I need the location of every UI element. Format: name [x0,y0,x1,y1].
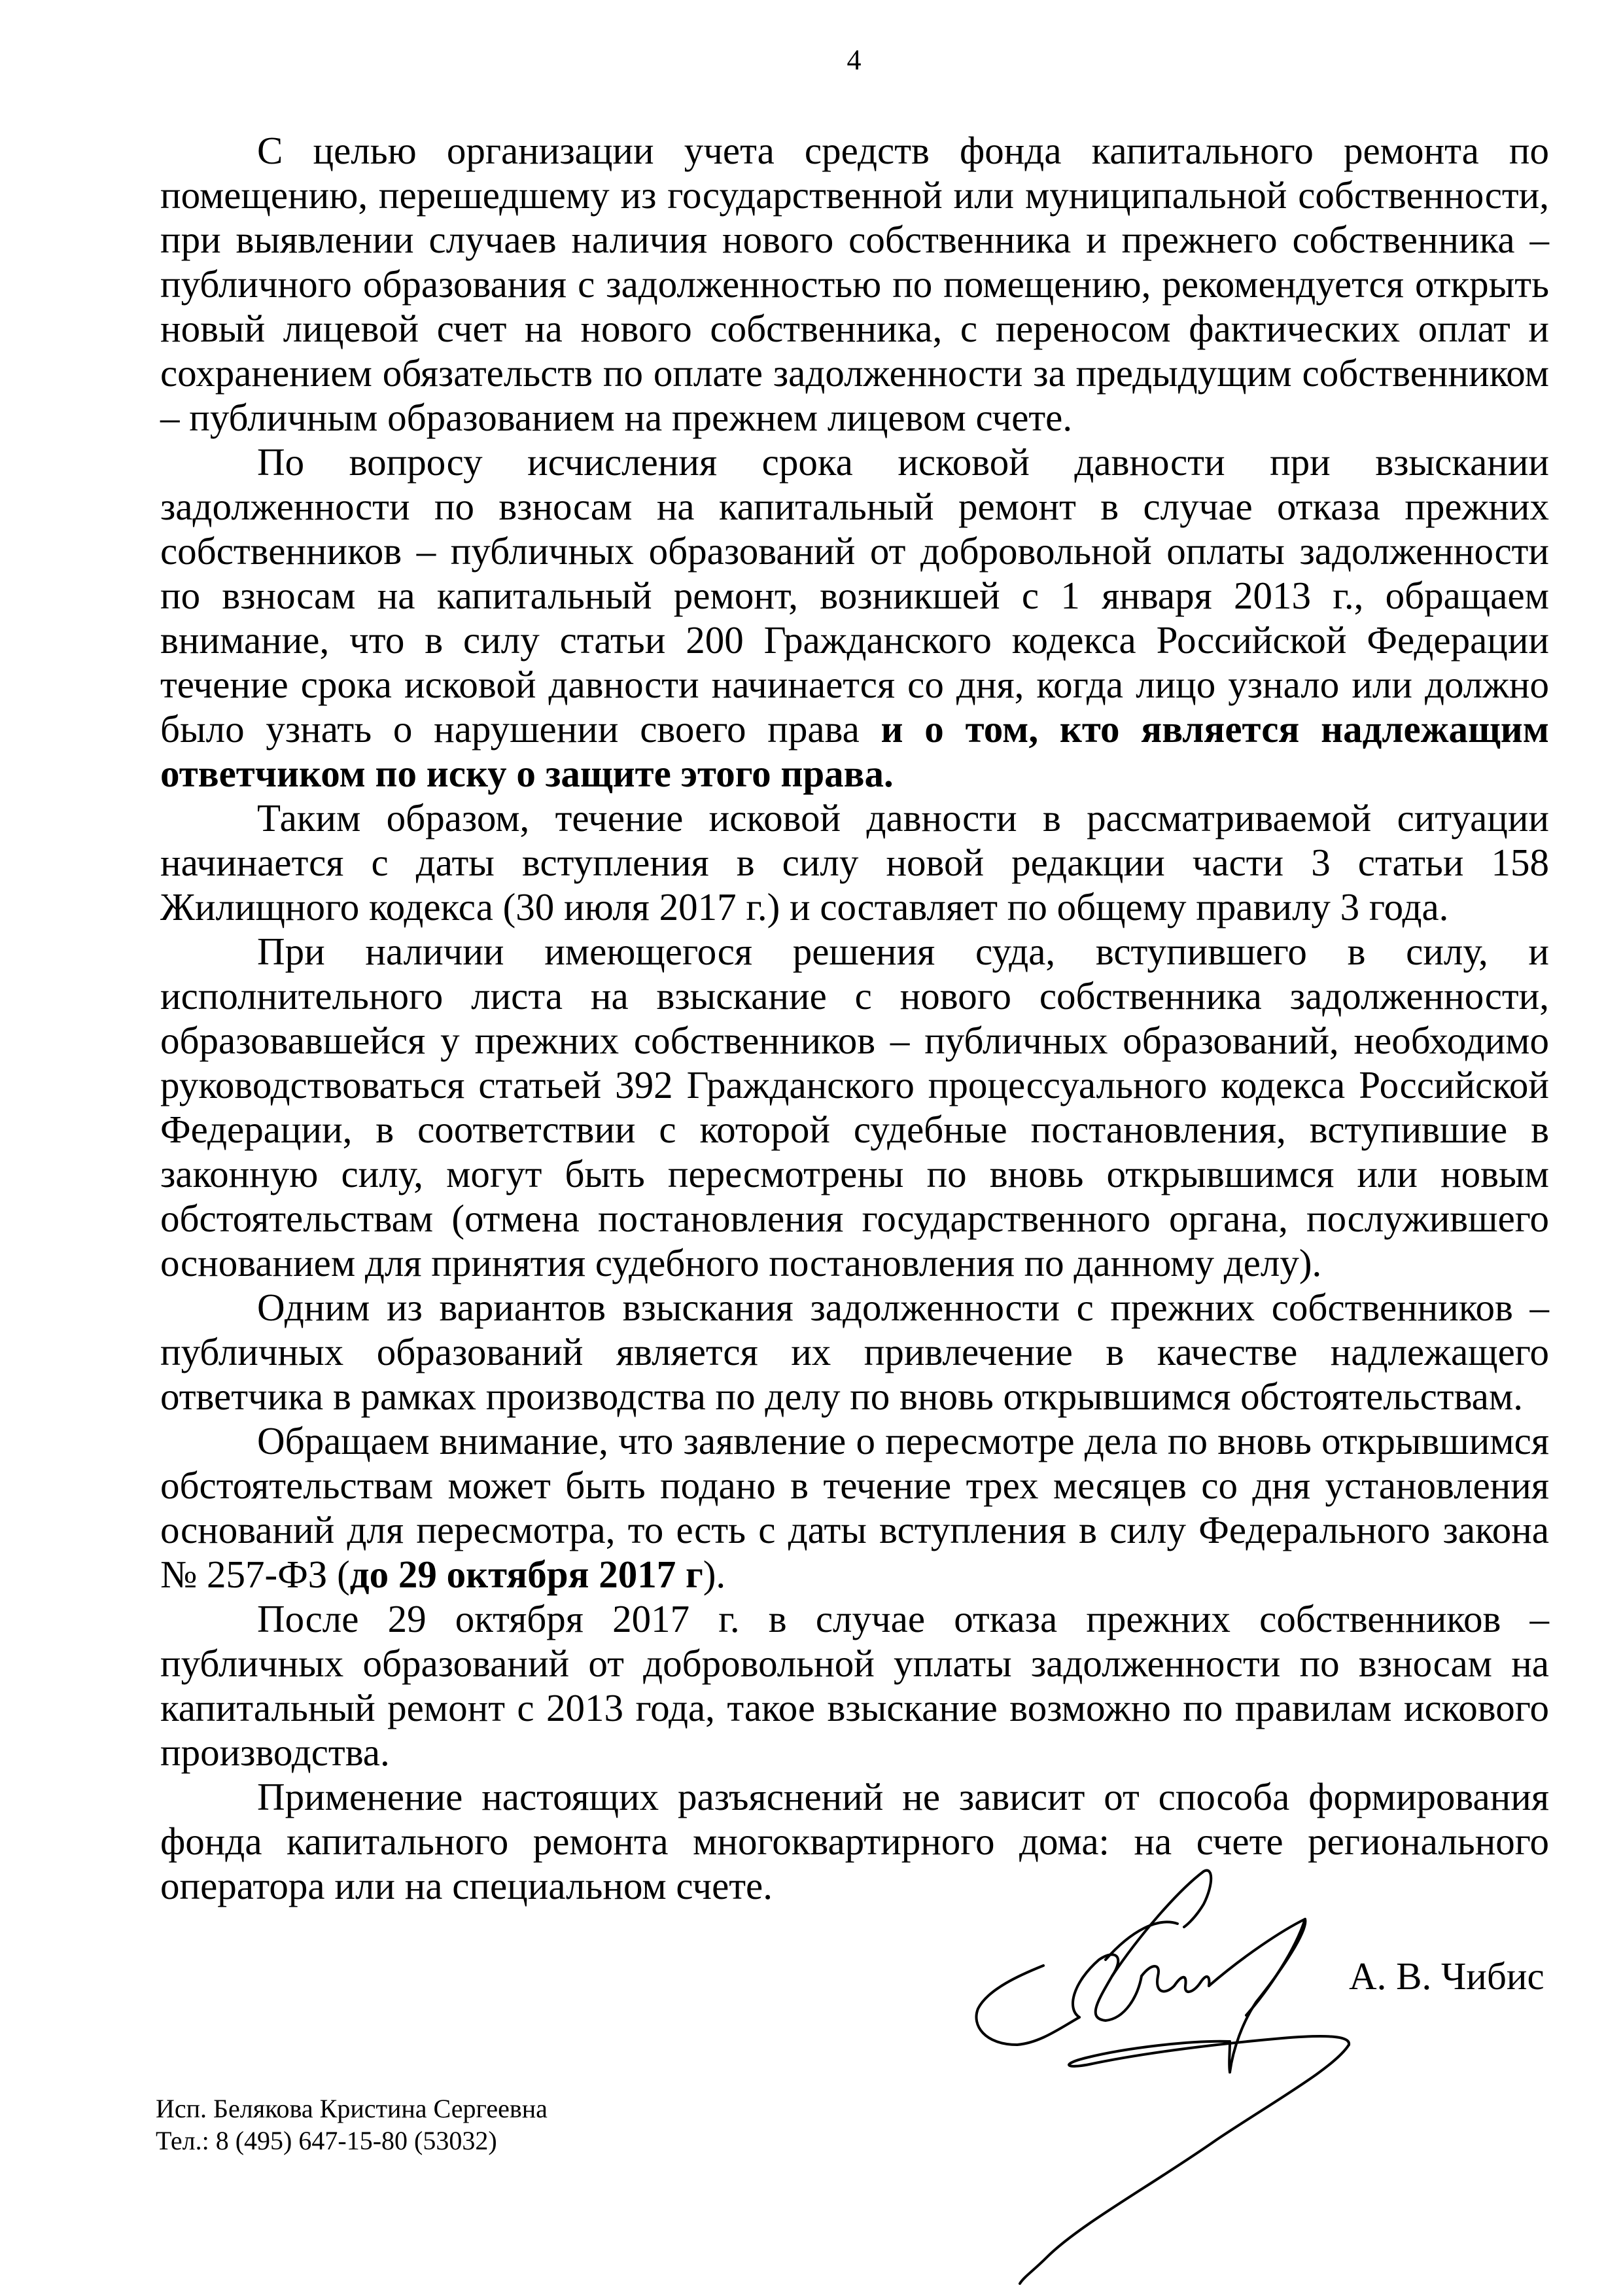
paragraph-court-decision: При наличии имеющегося решения суда, вст… [160,929,1549,1285]
executor-contact: Исп. Белякова Кристина Сергеевна Тел.: 8… [156,2093,548,2157]
text-run: Одним из вариантов взыскания задолженнос… [160,1286,1549,1418]
text-run: ). [703,1553,725,1596]
paragraph-limitation-period: По вопросу исчисления срока исковой давн… [160,440,1549,796]
signer-name: А. В. Чибис [1349,1954,1544,1998]
page-number: 4 [0,41,1623,80]
paragraph-account-transfer: С целью организации учета средств фонда … [160,128,1549,440]
text-run: С целью организации учета средств фонда … [160,129,1549,439]
bold-text-run: до 29 октября 2017 г [350,1553,703,1596]
executor-phone: Тел.: 8 (495) 647-15-80 (53032) [156,2125,548,2157]
paragraph-recovery-option: Одним из вариантов взыскания задолженнос… [160,1285,1549,1419]
paragraph-after-deadline: После 29 октября 2017 г. в случае отказа… [160,1597,1549,1775]
signature-icon [968,1865,1374,2290]
text-run: Таким образом, течение исковой давности … [160,796,1549,928]
executor-name: Исп. Белякова Кристина Сергеевна [156,2093,548,2125]
letter-body: С целью организации учета средств фонда … [160,128,1549,1908]
paragraph-review-deadline: Обращаем внимание, что заявление о перес… [160,1419,1549,1597]
paragraph-limitation-start: Таким образом, течение исковой давности … [160,796,1549,929]
text-run: По вопросу исчисления срока исковой давн… [160,440,1549,751]
text-run: После 29 октября 2017 г. в случае отказа… [160,1597,1549,1774]
text-run: При наличии имеющегося решения суда, вст… [160,930,1549,1284]
